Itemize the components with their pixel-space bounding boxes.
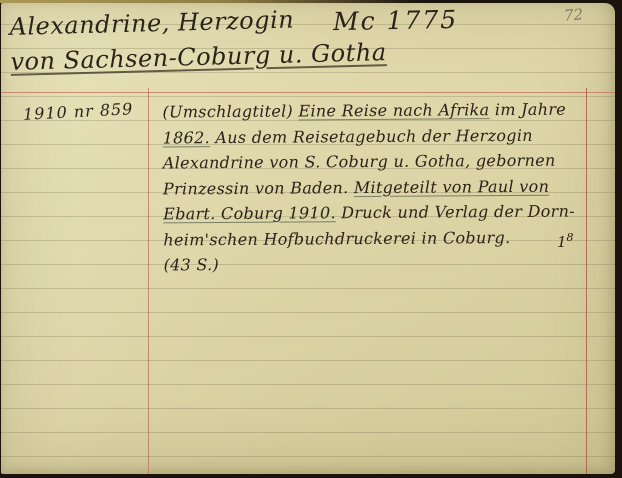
heading-name: Alexandrine, Herzogin von Sachsen-Coburg… bbox=[9, 0, 387, 80]
entry-line-5: Ebart. Coburg 1910. Druck und Verlag der… bbox=[163, 199, 575, 227]
red-margin-rule-right bbox=[586, 88, 587, 474]
red-margin-rule-left bbox=[148, 88, 149, 474]
margin-note: 18 bbox=[557, 231, 574, 251]
entry-line-2: 1862. Aus dem Reisetagebuch der Herzogin bbox=[163, 122, 575, 150]
shelfmark: Mc 1775 bbox=[333, 5, 459, 36]
entry-line-4-editor: Mitgeteilt von Paul von bbox=[354, 176, 549, 196]
entry-line-2-tail: Aus dem Reisetagebuch der Herzogin bbox=[210, 125, 533, 146]
entry-line-2-year: 1862. bbox=[163, 128, 210, 147]
bibliographic-entry: (Umschlagtitel) Eine Reise nach Afrika i… bbox=[162, 97, 575, 278]
entry-line-5-tail: Druck und Verlag der Dorn- bbox=[336, 202, 575, 223]
entry-line-5-imprint: Ebart. Coburg 1910. bbox=[163, 203, 336, 223]
entry-line-1-title: Eine Reise nach Afrika bbox=[298, 100, 489, 120]
margin-note-base: 1 bbox=[557, 233, 567, 251]
scan-background: Alexandrine, Herzogin von Sachsen-Coburg… bbox=[0, 0, 622, 478]
entry-line-1-tail: im Jahre bbox=[489, 100, 566, 120]
entry-line-7: (43 S.) bbox=[163, 250, 575, 278]
pencil-folio-number: 72 bbox=[563, 5, 583, 24]
entry-line-6: heim'schen Hofbuchdruckerei in Coburg. bbox=[163, 224, 575, 252]
red-headline-rule bbox=[1, 92, 615, 93]
entry-line-4-plain: Prinzessin von Baden. bbox=[163, 178, 354, 198]
entry-line-4: Prinzessin von Baden. Mitgeteilt von Pau… bbox=[163, 173, 575, 201]
entry-line-3: Alexandrine von S. Coburg u. Gotha, gebo… bbox=[163, 148, 575, 176]
entry-line-1-plain: (Umschlagtitel) bbox=[162, 101, 298, 121]
margin-note-sup: 8 bbox=[567, 231, 574, 244]
entry-line-1: (Umschlagtitel) Eine Reise nach Afrika i… bbox=[162, 97, 574, 125]
